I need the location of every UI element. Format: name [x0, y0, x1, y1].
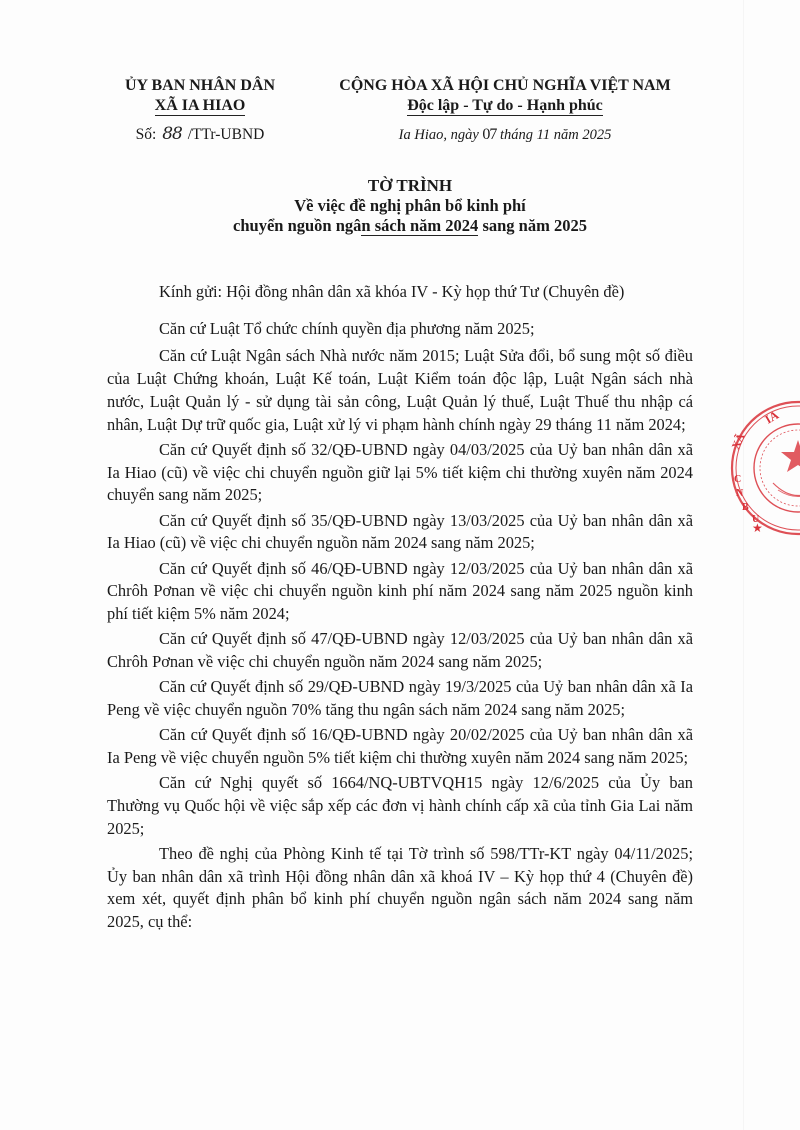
recipient-line: Kính gửi: Hội đồng nhân dân xã khóa IV -…	[107, 281, 693, 304]
issuing-authority: ỦY BAN NHÂN DÂN XÃ IA HIAO	[100, 76, 300, 116]
title-line1: Về việc đề nghị phân bổ kinh phí	[150, 196, 670, 216]
national-header: CỘNG HÒA XÃ HỘI CHỦ NGHĨA VIỆT NAM Độc l…	[305, 76, 705, 116]
document-title: TỜ TRÌNH Về việc đề nghị phân bổ kinh ph…	[150, 176, 670, 236]
date-prefix: Ia Hiao, ngày	[399, 127, 479, 143]
legal-basis-paragraph: Căn cứ Quyết định số 47/QĐ-UBND ngày 12/…	[107, 628, 693, 673]
svg-text:C: C	[734, 474, 741, 485]
date-location: Ia Hiao, ngày 07 tháng 11 năm 2025	[305, 126, 705, 144]
legal-basis-paragraph: Căn cứ Nghị quyết số 1664/NQ-UBTVQH15 ng…	[107, 772, 693, 840]
nation-name: CỘNG HÒA XÃ HỘI CHỦ NGHĨA VIỆT NAM	[305, 76, 705, 96]
legal-basis-paragraph: Căn cứ Quyết định số 35/QĐ-UBND ngày 13/…	[107, 510, 693, 555]
title-line2-underlined: n sách năm 2024	[361, 216, 478, 236]
svg-text:B: B	[742, 502, 749, 513]
legal-basis-paragraph: Căn cứ Luật Ngân sách Nhà nước năm 2015;…	[107, 345, 693, 436]
so-label: Số:	[136, 126, 157, 143]
title-line2-post: sang năm 2025	[478, 216, 587, 235]
legal-basis-paragraph: Căn cứ Quyết định số 32/QĐ-UBND ngày 04/…	[107, 439, 693, 507]
official-seal-stamp-icon: IA XÃ C N B U ★	[728, 398, 800, 538]
so-suffix: /TTr-UBND	[188, 126, 265, 143]
document-page: ỦY BAN NHÂN DÂN XÃ IA HIAO Số: 88 /TTr-U…	[0, 0, 800, 1130]
document-number: Số: 88 /TTr-UBND	[100, 124, 300, 144]
legal-basis-paragraph: Căn cứ Quyết định số 29/QĐ-UBND ngày 19/…	[107, 676, 693, 721]
svg-text:★: ★	[752, 521, 763, 535]
org-line1: ỦY BAN NHÂN DÂN	[100, 76, 300, 96]
svg-text:XÃ: XÃ	[730, 432, 748, 452]
svg-text:N: N	[736, 488, 744, 499]
national-motto: Độc lập - Tự do - Hạnh phúc	[407, 97, 603, 116]
legal-basis-paragraph: Căn cứ Quyết định số 46/QĐ-UBND ngày 12/…	[107, 558, 693, 626]
date-day-handwritten: 07	[482, 126, 496, 143]
title-line2: chuyển nguồn ngân sách năm 2024 sang năm…	[150, 216, 670, 236]
date-suffix: tháng 11 năm 2025	[500, 127, 611, 143]
legal-basis-paragraph: Căn cứ Quyết định số 16/QĐ-UBND ngày 20/…	[107, 724, 693, 769]
so-number-handwritten: 88	[162, 124, 182, 144]
org-line2: XÃ IA HIAO	[155, 97, 246, 116]
legal-basis-paragraph: Căn cứ Luật Tổ chức chính quyền địa phươ…	[107, 318, 693, 341]
proposal-paragraph: Theo đề nghị của Phòng Kinh tế tại Tờ tr…	[107, 843, 693, 934]
title-main: TỜ TRÌNH	[150, 176, 670, 196]
document-body: Kính gửi: Hội đồng nhân dân xã khóa IV -…	[107, 281, 693, 936]
scan-artifact	[743, 0, 744, 1130]
title-line2-pre: chuyển nguồn ngâ	[233, 216, 361, 235]
